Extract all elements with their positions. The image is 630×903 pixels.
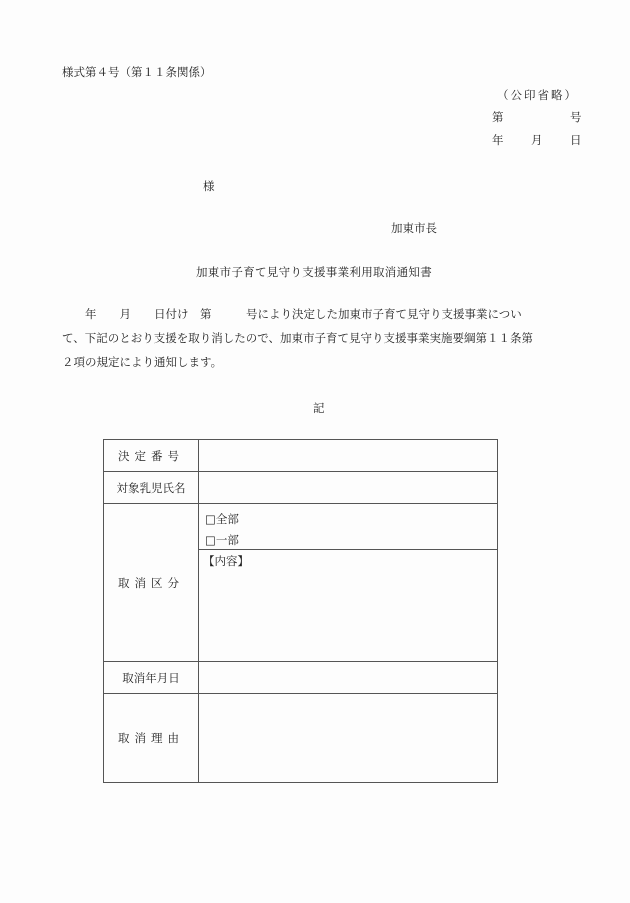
cancellation-form-table: 決定番号 対象乳児氏名 取消区分 □全部 □一部 【内容】 取消年月日 取消理由	[103, 439, 498, 783]
date-year: 年	[492, 132, 504, 148]
document-title: 加東市子育て見守り支援事業利用取消通知書	[196, 264, 432, 280]
body-paragraph: 年 月 日付け 第 号により決定した加東市子育て見守り支援事業につい て、下記の…	[62, 302, 582, 374]
label-cancel-date: 取消年月日	[104, 662, 199, 694]
seal-omitted-note: （公印省略）	[497, 87, 578, 103]
table-row: 対象乳児氏名	[104, 472, 498, 504]
addressee-suffix: 様	[203, 178, 215, 194]
date-month: 月	[531, 132, 543, 148]
reference-go: 号	[570, 109, 582, 125]
content-box[interactable]: 【内容】	[199, 549, 497, 661]
table-row: 取消年月日	[104, 662, 498, 694]
field-cancel-date[interactable]	[199, 662, 498, 694]
checkbox-all[interactable]: □全部	[205, 509, 491, 530]
table-row: 決定番号	[104, 440, 498, 472]
body-line: ２項の規定により通知します。	[62, 350, 582, 374]
table-row: 取消理由	[104, 694, 498, 783]
body-line: 年 月 日付け 第 号により決定した加東市子育て見守り支援事業につい	[62, 302, 582, 326]
body-line: て、下記のとおり支援を取り消したので、加東市子育て見守り支援事業実施要綱第１１条…	[62, 326, 582, 350]
ki-heading: 記	[313, 400, 325, 416]
form-number: 様式第４号（第１１条関係）	[62, 64, 212, 80]
cancel-options: □全部 □一部	[199, 505, 497, 549]
field-decision-number[interactable]	[199, 440, 498, 472]
field-cancel-category: □全部 □一部 【内容】	[199, 504, 498, 662]
label-infant-name: 対象乳児氏名	[104, 472, 199, 504]
field-cancel-reason[interactable]	[199, 694, 498, 783]
field-infant-name[interactable]	[199, 472, 498, 504]
content-label: 【内容】	[203, 554, 249, 568]
table-row: 取消区分 □全部 □一部 【内容】	[104, 504, 498, 662]
label-decision-number: 決定番号	[104, 440, 199, 472]
label-cancel-category: 取消区分	[104, 504, 199, 662]
issuer: 加東市長	[391, 220, 437, 236]
checkbox-partial[interactable]: □一部	[205, 530, 491, 551]
date-day: 日	[570, 132, 582, 148]
reference-dai: 第	[492, 109, 504, 125]
label-cancel-reason: 取消理由	[104, 694, 199, 783]
